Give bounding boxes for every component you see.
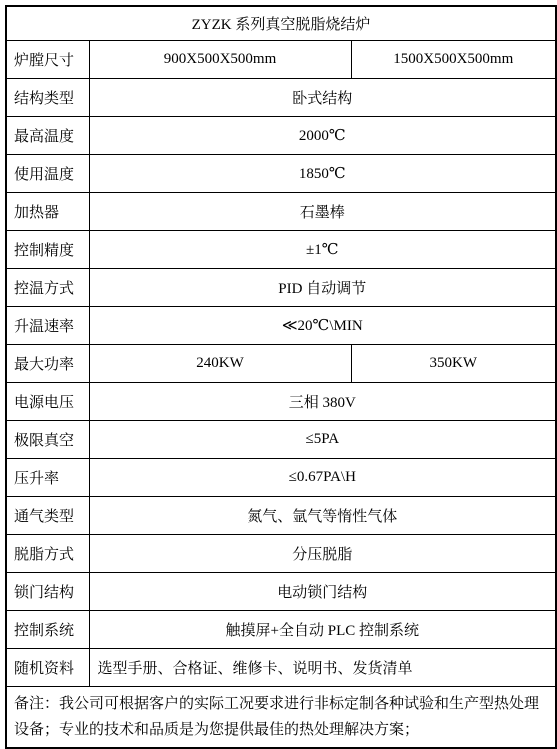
row-value: ≪20℃\MIN bbox=[89, 307, 556, 345]
row-value: ≤5PA bbox=[89, 421, 556, 459]
table-row-pressure-rise-rate: 压升率 ≤0.67PA\H bbox=[6, 459, 556, 497]
row-value: 900X500X500mm bbox=[89, 41, 351, 79]
row-label: 最大功率 bbox=[6, 345, 89, 383]
table-row-max-power: 最大功率 240KW 350KW bbox=[6, 345, 556, 383]
row-value: PID 自动调节 bbox=[89, 269, 556, 307]
table-title: ZYZK 系列真空脱脂烧结炉 bbox=[6, 6, 556, 41]
remarks-note: 备注：我公司可根据客户的实际工况要求进行非标定制各种试验和生产型热处理设备；专业… bbox=[6, 687, 556, 749]
table-row-chamber-size: 炉膛尺寸 900X500X500mm 1500X500X500mm bbox=[6, 41, 556, 79]
row-label: 控温方式 bbox=[6, 269, 89, 307]
row-label: 脱脂方式 bbox=[6, 535, 89, 573]
row-value: 350KW bbox=[351, 345, 556, 383]
table-row-temp-control-mode: 控温方式 PID 自动调节 bbox=[6, 269, 556, 307]
table-row-heater: 加热器 石墨棒 bbox=[6, 193, 556, 231]
row-value: 240KW bbox=[89, 345, 351, 383]
row-value: 分压脱脂 bbox=[89, 535, 556, 573]
table-header-row: ZYZK 系列真空脱脂烧结炉 bbox=[6, 6, 556, 41]
table-row-door-lock-structure: 锁门结构 电动锁门结构 bbox=[6, 573, 556, 611]
table-row-degreasing-mode: 脱脂方式 分压脱脂 bbox=[6, 535, 556, 573]
table-row-gas-type: 通气类型 氮气、氩气等惰性气体 bbox=[6, 497, 556, 535]
table-row-working-temperature: 使用温度 1850℃ bbox=[6, 155, 556, 193]
table-row-max-temperature: 最高温度 2000℃ bbox=[6, 117, 556, 155]
row-label: 控制精度 bbox=[6, 231, 89, 269]
row-value: ±1℃ bbox=[89, 231, 556, 269]
table-row-ultimate-vacuum: 极限真空 ≤5PA bbox=[6, 421, 556, 459]
row-label: 锁门结构 bbox=[6, 573, 89, 611]
row-value: 2000℃ bbox=[89, 117, 556, 155]
table-row-power-voltage: 电源电压 三相 380V bbox=[6, 383, 556, 421]
row-value: 1850℃ bbox=[89, 155, 556, 193]
row-value: 触摸屏+全自动 PLC 控制系统 bbox=[89, 611, 556, 649]
row-label: 随机资料 bbox=[6, 649, 89, 687]
row-label: 极限真空 bbox=[6, 421, 89, 459]
table-row-heating-rate: 升温速率 ≪20℃\MIN bbox=[6, 307, 556, 345]
row-label: 压升率 bbox=[6, 459, 89, 497]
row-label: 加热器 bbox=[6, 193, 89, 231]
table-row-accompanying-documents: 随机资料 选型手册、合格证、维修卡、说明书、发货清单 bbox=[6, 649, 556, 687]
row-label: 最高温度 bbox=[6, 117, 89, 155]
table-row-control-system: 控制系统 触摸屏+全自动 PLC 控制系统 bbox=[6, 611, 556, 649]
row-label: 炉膛尺寸 bbox=[6, 41, 89, 79]
row-label: 控制系统 bbox=[6, 611, 89, 649]
row-value: 选型手册、合格证、维修卡、说明书、发货清单 bbox=[89, 649, 556, 687]
row-value: 三相 380V bbox=[89, 383, 556, 421]
table-row-control-precision: 控制精度 ±1℃ bbox=[6, 231, 556, 269]
row-value: 卧式结构 bbox=[89, 79, 556, 117]
row-value: ≤0.67PA\H bbox=[89, 459, 556, 497]
row-label: 使用温度 bbox=[6, 155, 89, 193]
table-row-structure-type: 结构类型 卧式结构 bbox=[6, 79, 556, 117]
spec-table: ZYZK 系列真空脱脂烧结炉 炉膛尺寸 900X500X500mm 1500X5… bbox=[5, 5, 557, 749]
row-label: 电源电压 bbox=[6, 383, 89, 421]
row-value: 石墨棒 bbox=[89, 193, 556, 231]
row-value: 1500X500X500mm bbox=[351, 41, 556, 79]
table-note-row: 备注：我公司可根据客户的实际工况要求进行非标定制各种试验和生产型热处理设备；专业… bbox=[6, 687, 556, 749]
row-label: 通气类型 bbox=[6, 497, 89, 535]
row-value: 氮气、氩气等惰性气体 bbox=[89, 497, 556, 535]
row-label: 结构类型 bbox=[6, 79, 89, 117]
row-value: 电动锁门结构 bbox=[89, 573, 556, 611]
row-label: 升温速率 bbox=[6, 307, 89, 345]
